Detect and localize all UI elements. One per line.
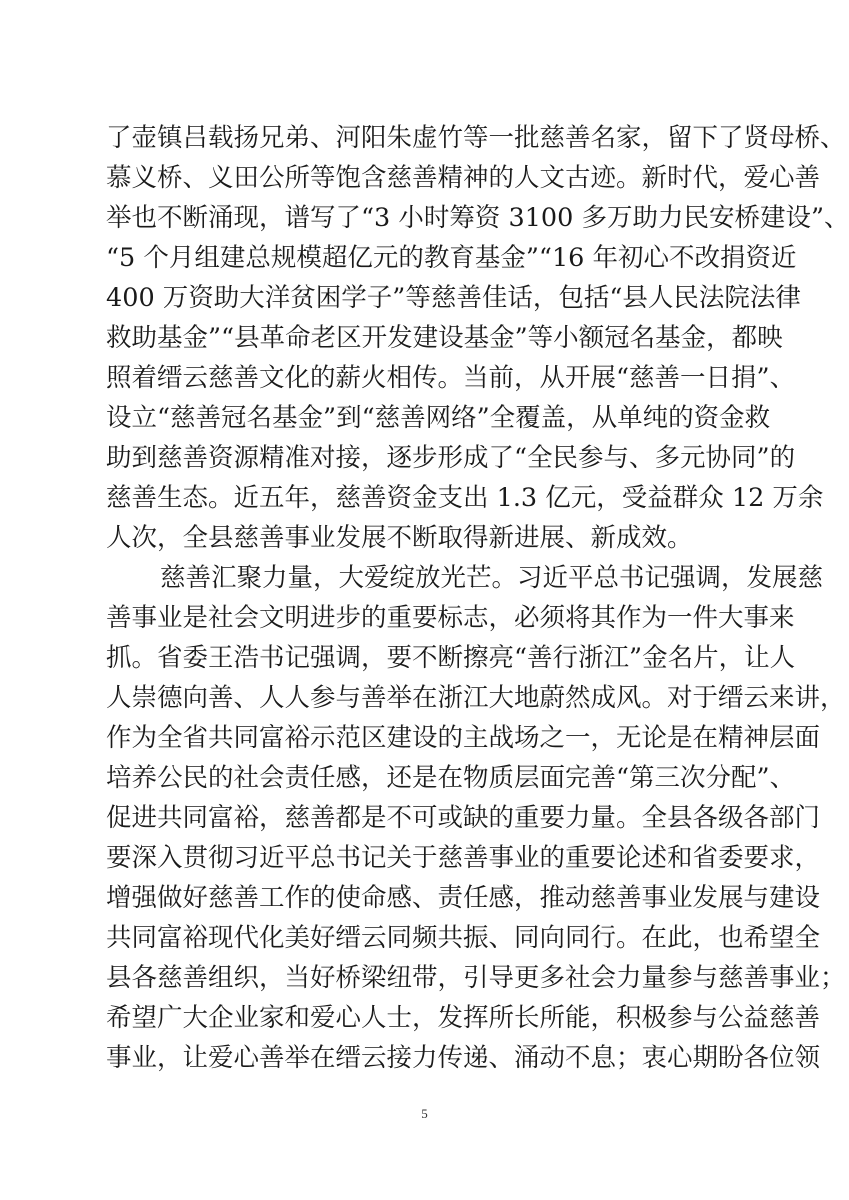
text-line: 增强做好慈善工作的使命感、责任感，推动慈善事业发展与建设 bbox=[106, 878, 742, 918]
text-line: 举也不断涌现，谱写了“3 小时筹资 3100 多万助力民安桥建设”、 bbox=[106, 198, 742, 238]
page-number: 5 bbox=[0, 1106, 849, 1122]
text-line: 照着缙云慈善文化的薪火相传。当前，从开展“慈善一日捐”、 bbox=[106, 358, 742, 398]
text-line: 慕义桥、义田公所等饱含慈善精神的人文古迹。新时代，爱心善 bbox=[106, 158, 742, 198]
text-line: 400 万资助大洋贫困学子”等慈善佳话，包括“县人民法院法律 bbox=[106, 278, 742, 318]
text-line: 助到慈善资源精准对接，逐步形成了“全民参与、多元协同”的 bbox=[106, 438, 742, 478]
text-line: 慈善汇聚力量，大爱绽放光芒。习近平总书记强调，发展慈 bbox=[106, 558, 742, 598]
text-line: 共同富裕现代化美好缙云同频共振、同向同行。在此，也希望全 bbox=[106, 918, 742, 958]
text-line: 善事业是社会文明进步的重要标志，必须将其作为一件大事来 bbox=[106, 598, 742, 638]
paragraph-2: 慈善汇聚力量，大爱绽放光芒。习近平总书记强调，发展慈 善事业是社会文明进步的重要… bbox=[106, 558, 742, 1078]
body-text: 了壶镇吕载扬兄弟、河阳朱虚竹等一批慈善名家，留下了贤母桥、 慕义桥、义田公所等饱… bbox=[106, 118, 742, 1078]
text-line: 培养公民的社会责任感，还是在物质层面完善“第三次分配”、 bbox=[106, 758, 742, 798]
text-line: 人崇德向善、人人参与善举在浙江大地蔚然成风。对于缙云来讲， bbox=[106, 678, 742, 718]
document-page: 了壶镇吕载扬兄弟、河阳朱虚竹等一批慈善名家，留下了贤母桥、 慕义桥、义田公所等饱… bbox=[0, 0, 849, 1200]
text-line: 抓。省委王浩书记强调，要不断擦亮“善行浙江”金名片，让人 bbox=[106, 638, 742, 678]
text-line: 慈善生态。近五年，慈善资金支出 1.3 亿元，受益群众 12 万余 bbox=[106, 478, 742, 518]
text-line: 救助基金”“县革命老区开发建设基金”等小额冠名基金，都映 bbox=[106, 318, 742, 358]
text-line: 促进共同富裕，慈善都是不可或缺的重要力量。全县各级各部门 bbox=[106, 798, 742, 838]
text-line: “5 个月组建总规模超亿元的教育基金”“16 年初心不改捐资近 bbox=[106, 238, 742, 278]
text-line: 人次，全县慈善事业发展不断取得新进展、新成效。 bbox=[106, 518, 742, 558]
text-line: 事业，让爱心善举在缙云接力传递、涌动不息；衷心期盼各位领 bbox=[106, 1038, 742, 1078]
text-line: 县各慈善组织，当好桥梁纽带，引导更多社会力量参与慈善事业； bbox=[106, 958, 742, 998]
text-line: 设立“慈善冠名基金”到“慈善网络”全覆盖，从单纯的资金救 bbox=[106, 398, 742, 438]
text-line: 作为全省共同富裕示范区建设的主战场之一，无论是在精神层面 bbox=[106, 718, 742, 758]
text-line: 要深入贯彻习近平总书记关于慈善事业的重要论述和省委要求， bbox=[106, 838, 742, 878]
text-line: 希望广大企业家和爱心人士，发挥所长所能，积极参与公益慈善 bbox=[106, 998, 742, 1038]
text-line: 了壶镇吕载扬兄弟、河阳朱虚竹等一批慈善名家，留下了贤母桥、 bbox=[106, 118, 742, 158]
paragraph-1: 了壶镇吕载扬兄弟、河阳朱虚竹等一批慈善名家，留下了贤母桥、 慕义桥、义田公所等饱… bbox=[106, 118, 742, 558]
